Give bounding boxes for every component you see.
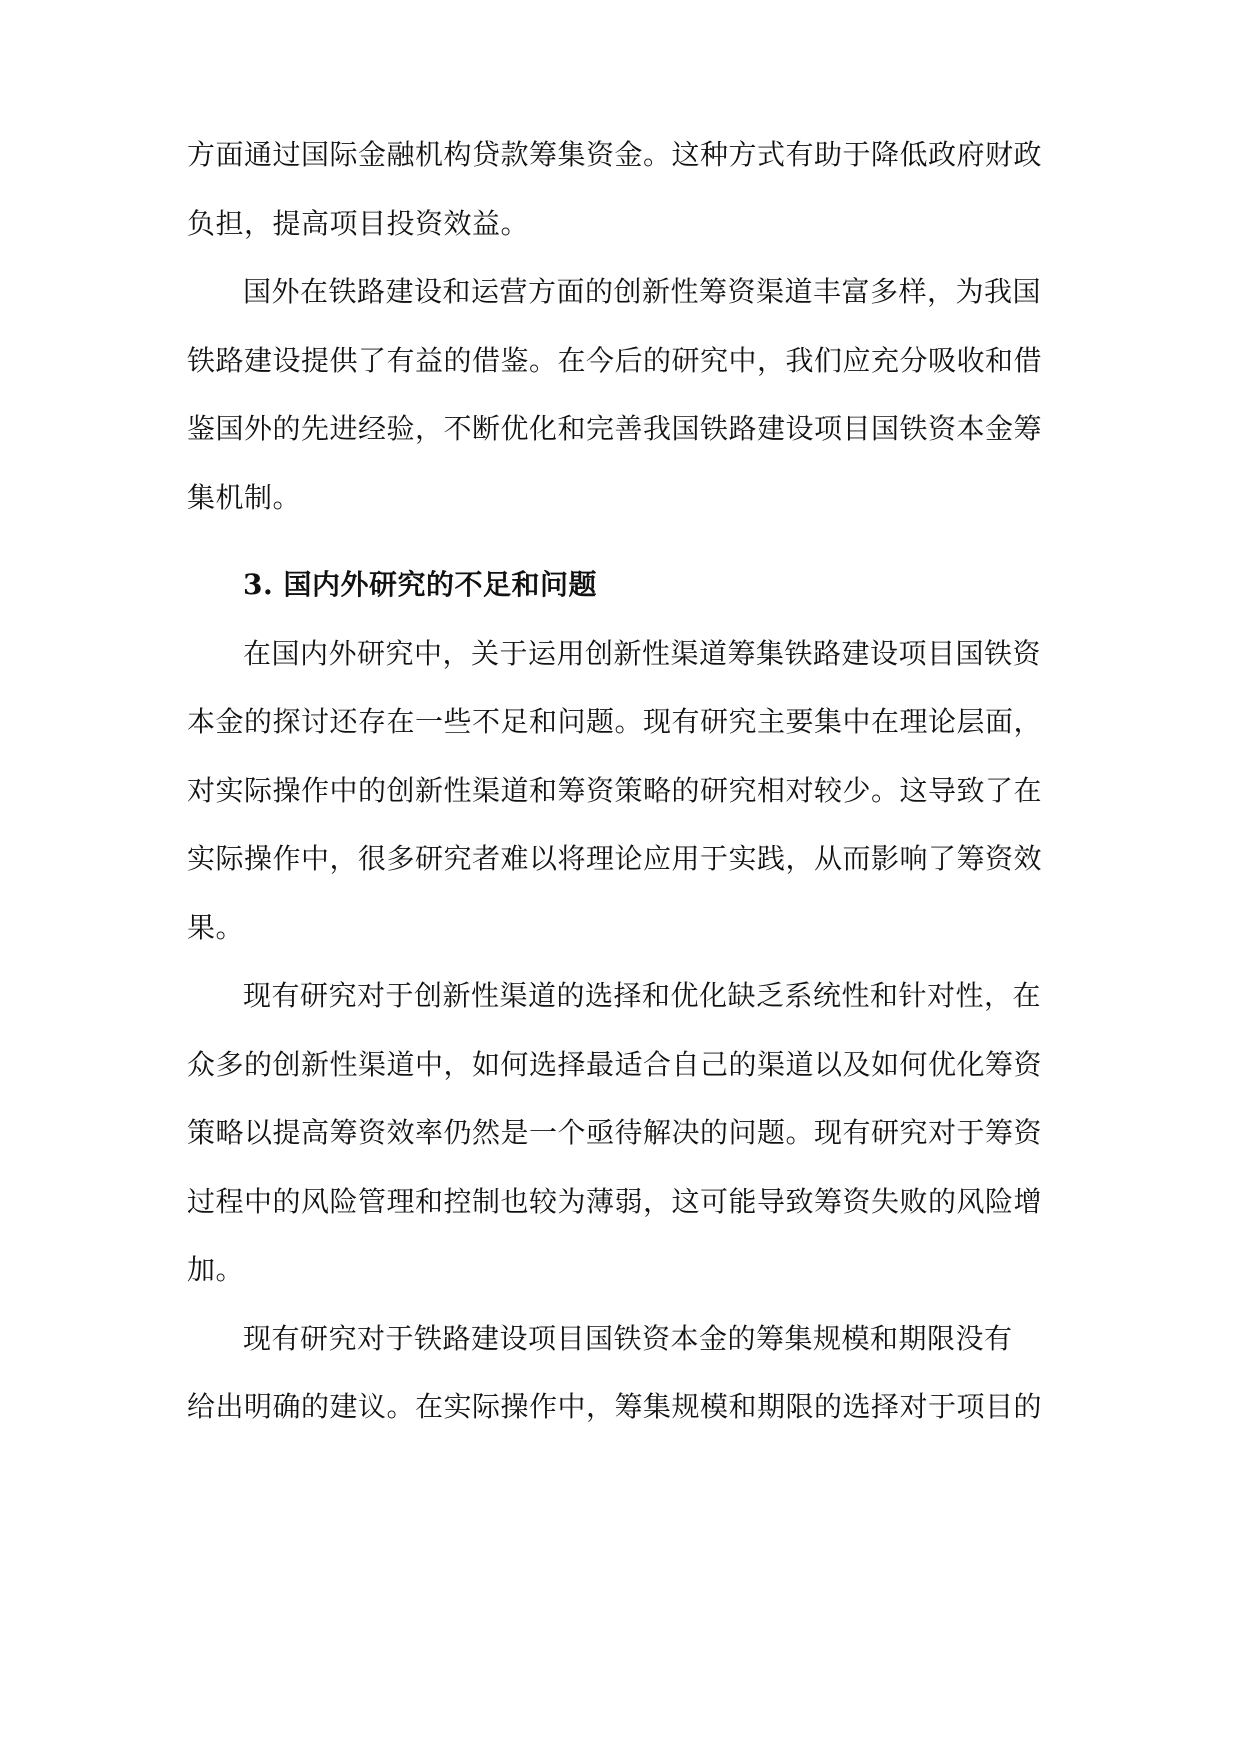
paragraph-line: 现有研究对于创新性渠道的选择和优化缺乏系统性和针对性，在 <box>243 978 1113 1014</box>
paragraph-line: 现有研究对于铁路建设项目国铁资本金的筹集规模和期限没有 <box>243 1321 1113 1357</box>
paragraph-line: 集机制。 <box>187 480 1057 516</box>
paragraph-line: 铁路建设提供了有益的借鉴。在今后的研究中，我们应充分吸收和借 <box>187 343 1057 379</box>
paragraph-line: 果。 <box>187 910 1057 946</box>
paragraph-line: 方面通过国际金融机构贷款筹集资金。这种方式有助于降低政府财政 <box>187 137 1057 173</box>
paragraph-line: 国外在铁路建设和运营方面的创新性筹资渠道丰富多样，为我国 <box>243 274 1113 310</box>
document-page: 方面通过国际金融机构贷款筹集资金。这种方式有助于降低政府财政 负担，提高项目投资… <box>0 0 1241 1754</box>
paragraph-line: 加。 <box>187 1252 1057 1288</box>
paragraph-line: 过程中的风险管理和控制也较为薄弱，这可能导致筹资失败的风险增 <box>187 1184 1057 1220</box>
paragraph-line: 给出明确的建议。在实际操作中，筹集规模和期限的选择对于项目的 <box>187 1389 1057 1425</box>
paragraph-line: 策略以提高筹资效率仍然是一个亟待解决的问题。现有研究对于筹资 <box>187 1115 1057 1151</box>
paragraph-line: 在国内外研究中，关于运用创新性渠道筹集铁路建设项目国铁资 <box>243 636 1113 672</box>
paragraph-line: 众多的创新性渠道中，如何选择最适合自己的渠道以及如何优化筹资 <box>187 1047 1057 1083</box>
paragraph-line: 本金的探讨还存在一些不足和问题。现有研究主要集中在理论层面， <box>187 704 1057 740</box>
paragraph-line: 实际操作中，很多研究者难以将理论应用于实践，从而影响了筹资效 <box>187 841 1057 877</box>
section-heading: 3. 国内外研究的不足和问题 <box>243 567 1113 603</box>
paragraph-line: 对实际操作中的创新性渠道和筹资策略的研究相对较少。这导致了在 <box>187 773 1057 809</box>
paragraph-line: 负担，提高项目投资效益。 <box>187 206 1057 242</box>
paragraph-line: 鉴国外的先进经验，不断优化和完善我国铁路建设项目国铁资本金筹 <box>187 411 1057 447</box>
